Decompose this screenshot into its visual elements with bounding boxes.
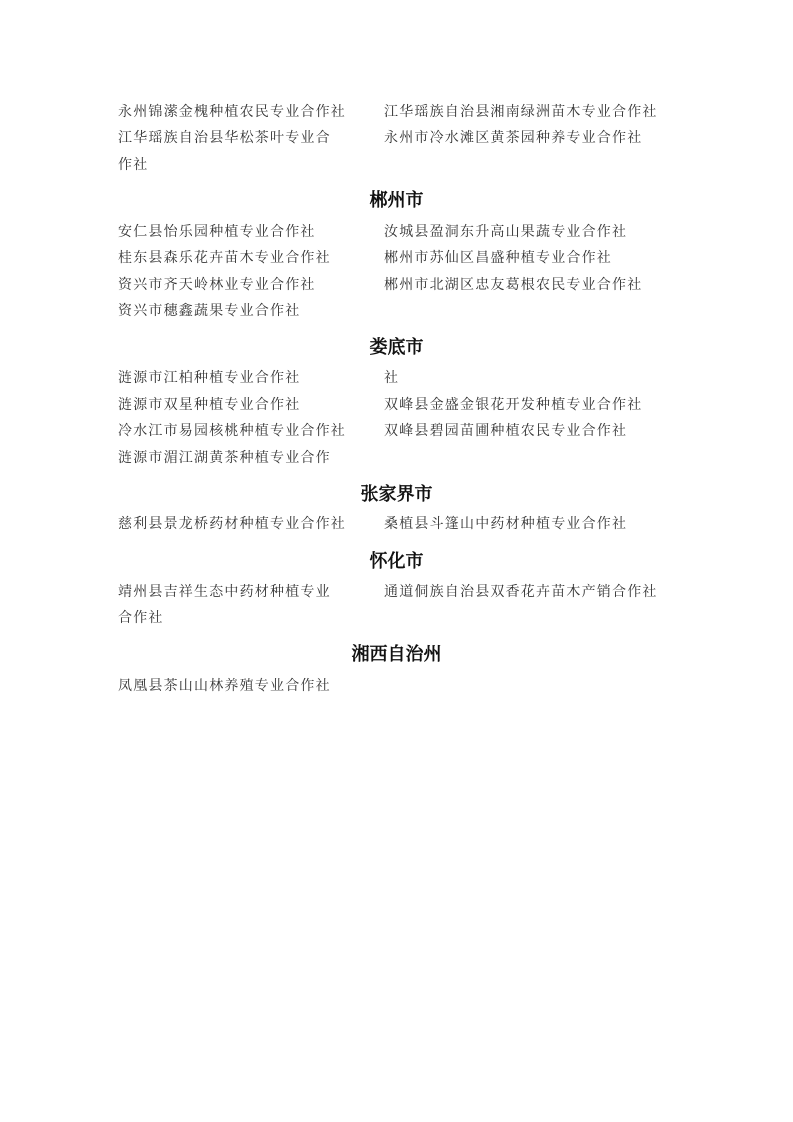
coop-entry: 桑植县斗篷山中药材种植专业合作社 (384, 515, 627, 533)
coop-entry: 资兴市穗鑫蔬果专业合作社 (118, 302, 300, 320)
section-heading: 怀化市 (0, 551, 793, 573)
coop-entry: 资兴市齐天岭林业专业合作社 (118, 276, 316, 294)
coop-entry: 冷水江市易园核桃种植专业合作社 (118, 422, 346, 440)
coop-entry: 凤凰县茶山山林养殖专业合作社 (118, 677, 331, 695)
coop-entry: 永州市冷水滩区黄茶园种养专业合作社 (384, 129, 642, 147)
coop-entry: 江华瑶族自治县华松茶叶专业合 (118, 129, 331, 147)
section-heading: 娄底市 (0, 337, 793, 359)
coop-entry: 郴州市北湖区忠友葛根农民专业合作社 (384, 276, 642, 294)
coop-entry: 慈利县景龙桥药材种植专业合作社 (118, 515, 346, 533)
coop-entry: 通道侗族自治县双香花卉苗木产销合作社 (384, 583, 658, 601)
coop-entry: 靖州县吉祥生态中药材种植专业 (118, 583, 331, 601)
coop-entry: 涟源市双星种植专业合作社 (118, 396, 300, 414)
coop-entry: 安仁县怡乐园种植专业合作社 (118, 223, 316, 241)
coop-entry-continuation: 社 (384, 369, 399, 387)
coop-entry: 桂东县森乐花卉苗木专业合作社 (118, 249, 331, 267)
section-heading: 湘西自治州 (0, 644, 793, 666)
coop-entry: 汝城县盈洞东升高山果蔬专业合作社 (384, 223, 627, 241)
section-heading: 郴州市 (0, 190, 793, 212)
coop-entry: 双峰县碧园苗圃种植农民专业合作社 (384, 422, 627, 440)
coop-entry-continuation: 作社 (118, 156, 148, 174)
coop-entry: 涟源市湄江湖黄茶种植专业合作 (118, 449, 331, 467)
coop-entry-continuation: 合作社 (118, 609, 164, 627)
coop-entry: 双峰县金盛金银花开发种植专业合作社 (384, 396, 642, 414)
coop-entry: 郴州市苏仙区昌盛种植专业合作社 (384, 249, 612, 267)
coop-entry: 永州锦潆金槐种植农民专业合作社 (118, 103, 346, 121)
coop-entry: 江华瑶族自治县湘南绿洲苗木专业合作社 (384, 103, 658, 121)
coop-entry: 涟源市江柏种植专业合作社 (118, 369, 300, 387)
section-heading: 张家界市 (0, 484, 793, 506)
